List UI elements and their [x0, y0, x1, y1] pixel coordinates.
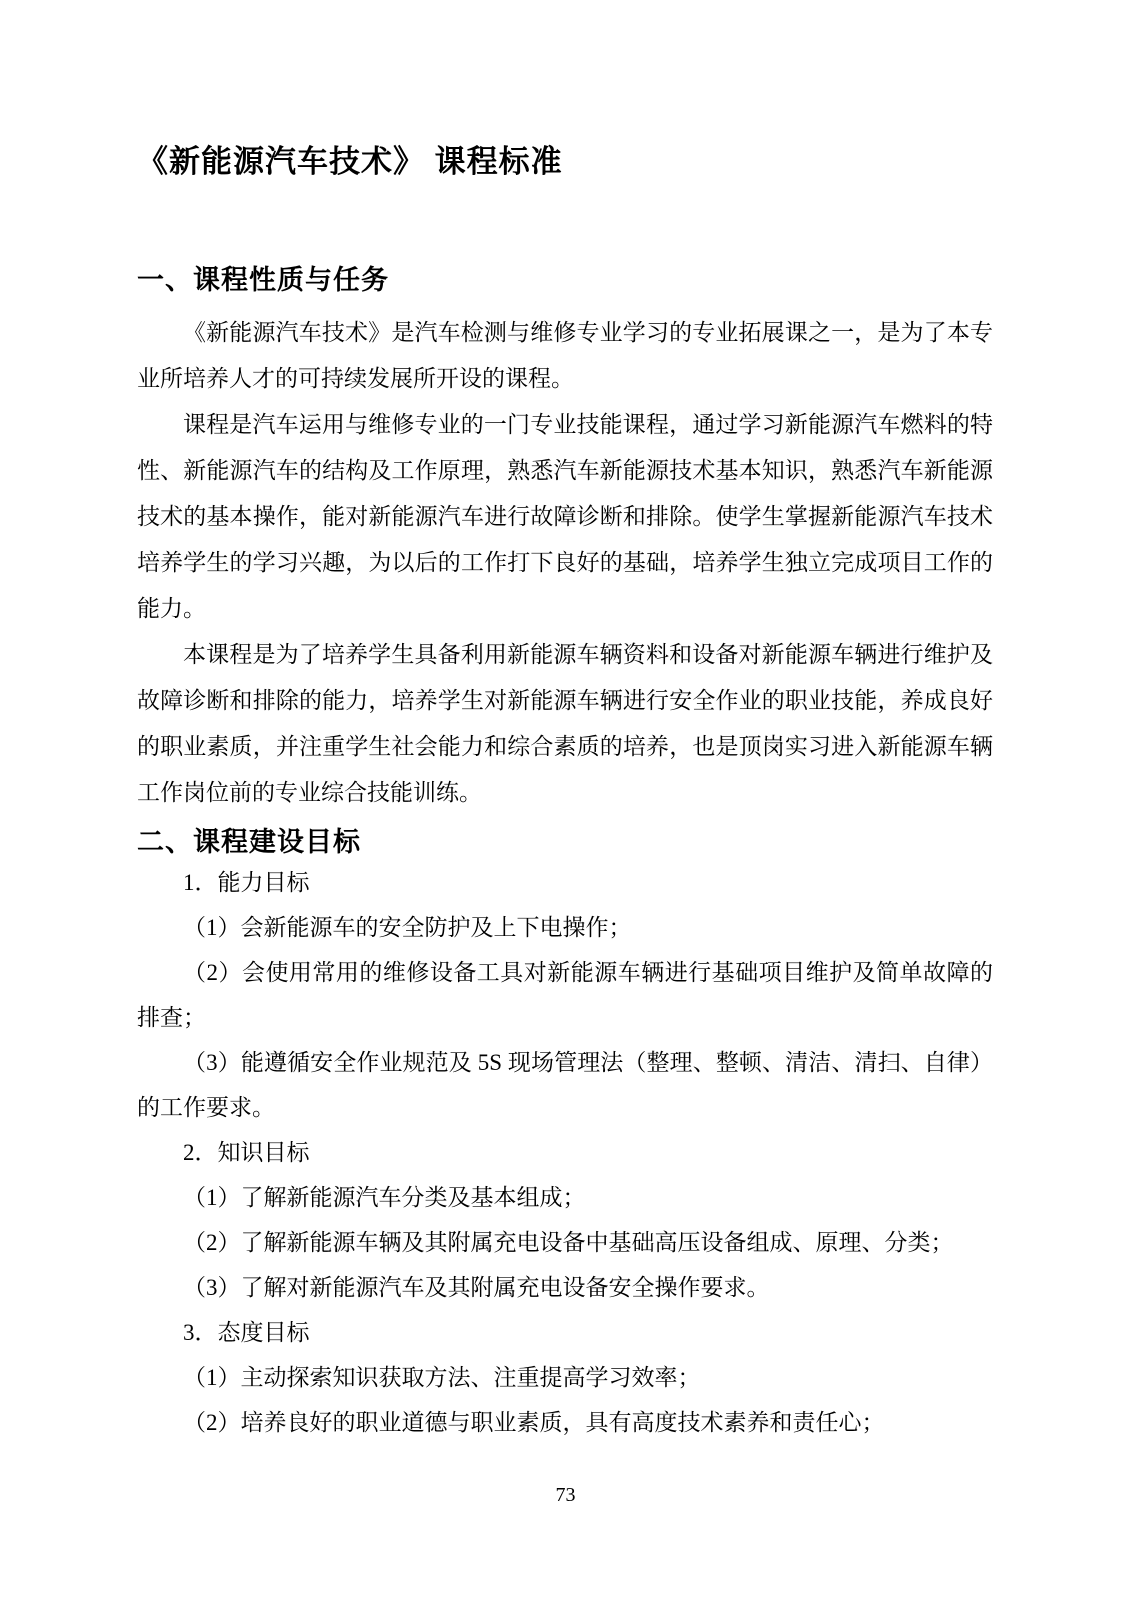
objective-subheading-ability: 1．能力目标 — [137, 860, 993, 905]
list-item: （2）培养良好的职业道德与职业素质，具有高度技术素养和责任心； — [137, 1400, 993, 1445]
objective-subheading-knowledge: 2．知识目标 — [137, 1130, 993, 1175]
section-heading-1: 一、课程性质与任务 — [137, 262, 993, 298]
section1-paragraph-3: 本课程是为了培养学生具备利用新能源车辆资料和设备对新能源车辆进行维护及故障诊断和… — [137, 632, 993, 816]
list-item: （2）了解新能源车辆及其附属充电设备中基础高压设备组成、原理、分类； — [137, 1220, 993, 1265]
section1-paragraph-2: 课程是汽车运用与维修专业的一门专业技能课程，通过学习新能源汽车燃料的特性、新能源… — [137, 402, 993, 632]
list-item: （3）能遵循安全作业规范及 5S 现场管理法（整理、整顿、清洁、清扫、自律）的工… — [137, 1040, 993, 1130]
list-item: （3）了解对新能源汽车及其附属充电设备安全操作要求。 — [137, 1265, 993, 1310]
list-item: （1）了解新能源汽车分类及基本组成； — [137, 1175, 993, 1220]
section1-paragraph-1: 《新能源汽车技术》是汽车检测与维修专业学习的专业拓展课之一，是为了本专业所培养人… — [137, 310, 993, 402]
page-number: 73 — [0, 1483, 1131, 1507]
list-item: （1）会新能源车的安全防护及上下电操作； — [137, 905, 993, 950]
document-page: 《新能源汽车技术》 课程标准 一、课程性质与任务 《新能源汽车技术》是汽车检测与… — [0, 0, 1131, 1600]
list-item: （1）主动探索知识获取方法、注重提高学习效率； — [137, 1355, 993, 1400]
document-title: 《新能源汽车技术》 课程标准 — [137, 140, 993, 184]
list-item: （2）会使用常用的维修设备工具对新能源车辆进行基础项目维护及简单故障的排查； — [137, 950, 993, 1040]
section-heading-2: 二、课程建设目标 — [137, 824, 993, 860]
objective-subheading-attitude: 3．态度目标 — [137, 1310, 993, 1355]
